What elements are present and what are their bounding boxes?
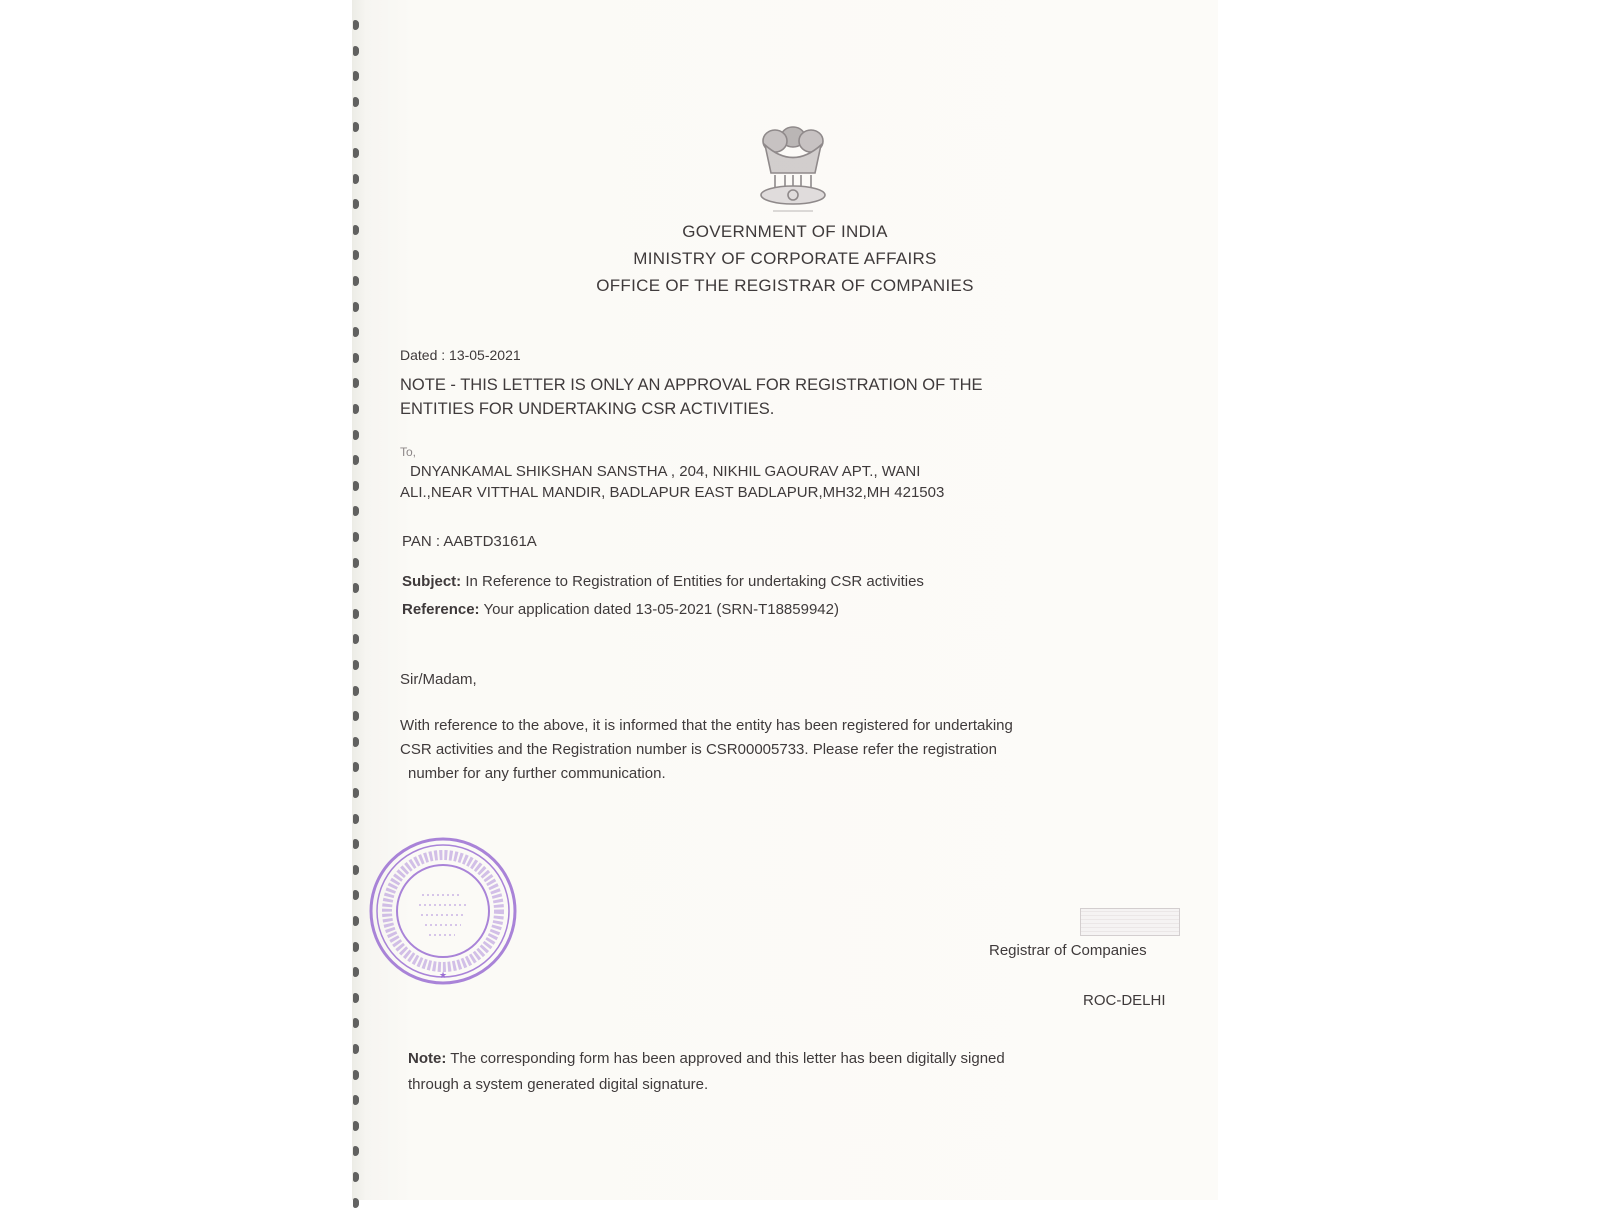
organization-seal-stamp-icon: ★ [367,835,519,987]
binding-hole [353,71,359,81]
binding-hole [353,1044,359,1054]
binding-hole [353,97,359,107]
binding-hole [353,353,359,363]
approval-note-line-2: ENTITIES FOR UNDERTAKING CSR ACTIVITIES. [400,400,774,419]
digital-signature-box [1080,908,1180,936]
address-line-2: ALI.,NEAR VITTHAL MANDIR, BADLAPUR EAST … [400,484,944,501]
salutation: Sir/Madam, [400,671,477,688]
binding-hole [353,122,359,132]
header-ministry: MINISTRY OF CORPORATE AFFAIRS [352,249,1218,269]
binding-hole [353,558,359,568]
subject-text: In Reference to Registration of Entities… [461,573,924,590]
binding-hole [353,455,359,465]
binding-hole [353,20,359,30]
body-line-1: With reference to the above, it is infor… [400,717,1013,734]
binding-hole [353,839,359,849]
binding-hole [353,378,359,388]
binding-hole [353,737,359,747]
body-line-2: CSR activities and the Registration numb… [400,741,997,758]
reference-label: Reference: [402,601,480,618]
binding-hole [353,506,359,516]
subject-label: Subject: [402,573,461,590]
binding-hole [353,1095,359,1105]
binding-hole [353,583,359,593]
binding-hole [353,46,359,56]
binding-hole [353,916,359,926]
binding-hole [353,660,359,670]
footer-note-line-2: through a system generated digital signa… [408,1076,708,1093]
binding-hole [353,686,359,696]
binding-hole [353,1070,359,1080]
footer-note-line-1: Note: The corresponding form has been ap… [408,1050,1005,1067]
binding-hole [353,148,359,158]
binding-hole [353,865,359,875]
binding-hole [353,634,359,644]
address-line-1: DNYANKAMAL SHIKSHAN SANSTHA , 204, NIKHI… [410,463,920,480]
binding-hole [353,711,359,721]
binding-hole [353,942,359,952]
signatory-title: Registrar of Companies [989,942,1147,959]
binding-hole [353,404,359,414]
binding-hole [353,481,359,491]
reference-text: Your application dated 13-05-2021 (SRN-T… [480,601,839,618]
binding-hole [353,199,359,209]
header-government: GOVERNMENT OF INDIA [352,222,1218,242]
binding-hole [353,609,359,619]
binding-hole [353,1146,359,1156]
binding-hole [353,814,359,824]
binding-hole [353,1018,359,1028]
binding-hole [353,762,359,772]
pan-number: PAN : AABTD3161A [402,533,537,550]
scanned-letter-page: GOVERNMENT OF INDIA MINISTRY OF CORPORAT… [352,0,1218,1200]
footer-note-text: The corresponding form has been approved… [446,1050,1004,1067]
header-office: OFFICE OF THE REGISTRAR OF COMPANIES [352,276,1218,296]
binding-hole [353,993,359,1003]
svg-text:★: ★ [439,970,447,980]
binding-hole [353,327,359,337]
national-emblem-icon [745,115,841,215]
binding-hole [353,1121,359,1131]
signatory-office: ROC-DELHI [1083,992,1166,1009]
reference-line: Reference: Your application dated 13-05-… [402,601,839,618]
binding-hole [353,302,359,312]
binding-hole [353,532,359,542]
binding-hole [353,174,359,184]
letter-date: Dated : 13-05-2021 [400,347,521,363]
spiral-binding [352,0,366,1200]
binding-hole [353,788,359,798]
binding-hole [353,1172,359,1182]
body-line-3: number for any further communication. [408,765,666,782]
footer-note-label: Note: [408,1050,446,1067]
addressee-label: To, [400,445,416,459]
binding-hole [353,967,359,977]
binding-hole [353,890,359,900]
subject-line: Subject: In Reference to Registration of… [402,573,924,590]
approval-note-line-1: NOTE - THIS LETTER IS ONLY AN APPROVAL F… [400,376,983,395]
binding-hole [353,430,359,440]
